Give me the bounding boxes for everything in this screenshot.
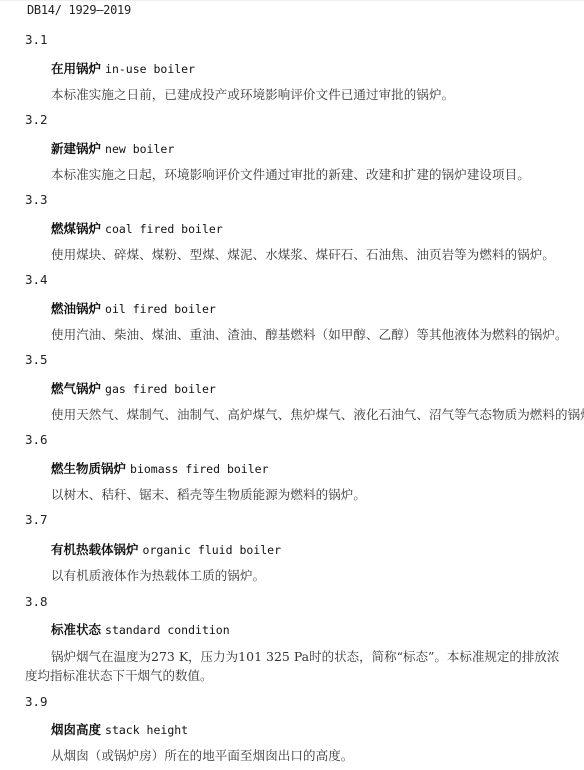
term-chinese: 燃煤锅炉	[51, 221, 101, 236]
term-definition: 从烟囱（或锅炉房）所在的地平面至烟囱出口的高度。	[51, 746, 353, 764]
term-heading: 燃气锅炉gas fired boiler	[51, 379, 216, 397]
term-definition: 锅炉烟气在温度为273 K，压力为101 325 Pa时的状态，简称“标态”。本…	[25, 647, 570, 685]
term-definition: 以有机质液体作为热载体工质的锅炉。	[51, 566, 265, 584]
term-chinese: 烟囱高度	[51, 722, 101, 737]
section-number: 3.9	[25, 694, 48, 709]
term-definition: 本标准实施之日起，环境影响评价文件通过审批的新建、改建和扩建的锅炉建设项目。	[51, 165, 530, 183]
term-chinese: 燃生物质锅炉	[51, 461, 126, 476]
term-english: gas fired boiler	[105, 382, 216, 396]
term-definition: 使用煤块、碎煤、煤粉、型煤、煤泥、水煤浆、煤矸石、石油焦、油页岩等为燃料的锅炉。	[51, 245, 555, 263]
term-english: coal fired boiler	[105, 222, 223, 236]
section-number: 3.2	[25, 112, 48, 127]
term-definition: 使用天然气、煤制气、油制气、高炉煤气、焦炉煤气、液化石油气、沼气等气态物质为燃料…	[51, 405, 584, 423]
section-number: 3.7	[25, 512, 48, 527]
term-heading: 燃煤锅炉coal fired boiler	[51, 219, 223, 237]
term-definition: 本标准实施之日前，已建成投产或环境影响评价文件已通过审批的锅炉。	[51, 85, 454, 103]
term-english: biomass fired boiler	[130, 462, 268, 476]
term-chinese: 标准状态	[51, 622, 101, 637]
section-number: 3.5	[25, 352, 48, 367]
term-english: standard condition	[105, 623, 230, 637]
term-heading: 新建锅炉new boiler	[51, 139, 174, 157]
section-number: 3.6	[25, 432, 48, 447]
term-chinese: 燃油锅炉	[51, 301, 101, 316]
term-chinese: 燃气锅炉	[51, 381, 101, 396]
term-definition: 以树木、秸秆、锯末、稻壳等生物质能源为燃料的锅炉。	[51, 485, 366, 503]
term-chinese: 有机热载体锅炉	[51, 542, 139, 557]
term-english: oil fired boiler	[105, 302, 216, 316]
term-heading: 有机热载体锅炉organic fluid boiler	[51, 540, 281, 558]
section-number: 3.1	[25, 32, 48, 47]
term-english: new boiler	[105, 142, 174, 156]
section-number: 3.3	[25, 192, 48, 207]
term-heading: 烟囱高度stack height	[51, 720, 188, 738]
term-chinese: 在用锅炉	[51, 61, 101, 76]
term-heading: 燃生物质锅炉biomass fired boiler	[51, 459, 269, 477]
document-standard-number: DB14/ 1929—2019	[27, 3, 131, 17]
term-definition: 使用汽油、柴油、煤油、重油、渣油、醇基燃料（如甲醇、乙醇）等其他液体为燃料的锅炉…	[51, 325, 568, 343]
section-number: 3.4	[25, 272, 48, 287]
term-heading: 燃油锅炉oil fired boiler	[51, 299, 216, 317]
term-chinese: 新建锅炉	[51, 141, 101, 156]
section-number: 3.8	[25, 594, 48, 609]
term-heading: 在用锅炉in-use boiler	[51, 59, 195, 77]
term-english: in-use boiler	[105, 62, 195, 76]
page-top-edge	[0, 0, 584, 1]
term-english: organic fluid boiler	[143, 543, 281, 557]
term-english: stack height	[105, 723, 188, 737]
term-heading: 标准状态standard condition	[51, 620, 230, 638]
